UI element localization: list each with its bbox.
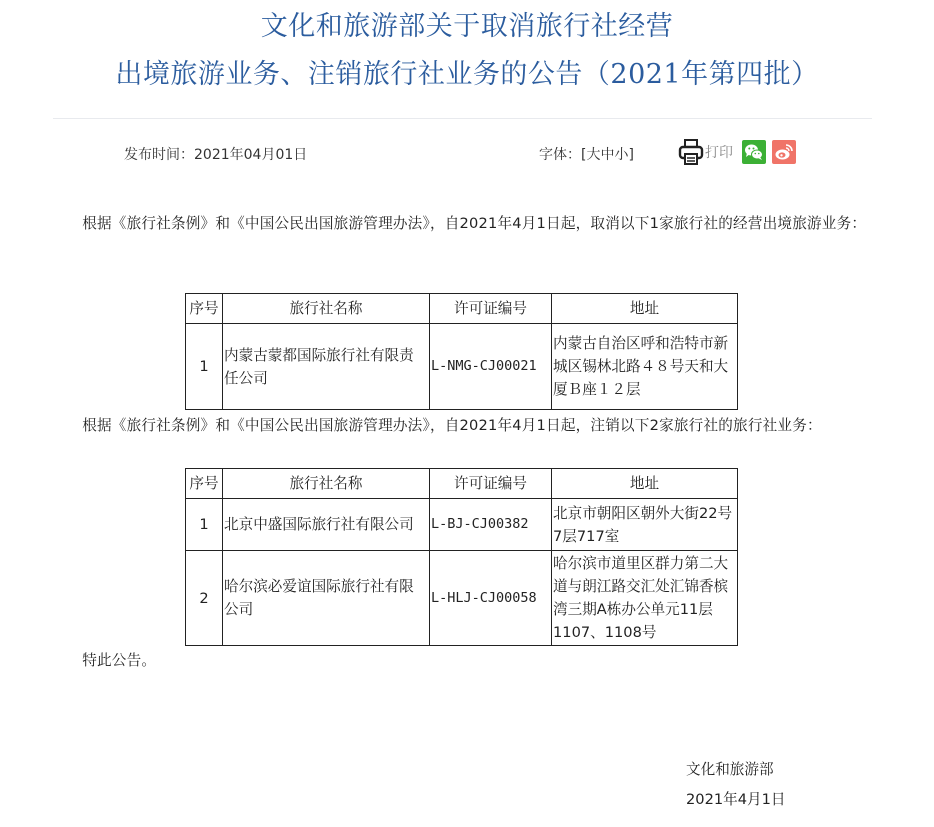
cell-no: 1 (186, 499, 223, 551)
share-weibo-button[interactable] (772, 140, 796, 164)
cell-address: 北京市朝阳区朝外大街22号7层717室 (552, 499, 738, 551)
column-header-license: 许可证编号 (430, 294, 552, 324)
wechat-icon (744, 143, 764, 161)
font-size-label: 字体： (539, 147, 581, 163)
page-title-line1: 文化和旅游部关于取消旅行社经营 (0, 9, 934, 45)
signature-organization: 文化和旅游部 (686, 760, 774, 780)
cell-agency-name: 内蒙古蒙都国际旅行社有限责任公司 (223, 324, 430, 410)
cell-agency-name: 哈尔滨必爱谊国际旅行社有限公司 (223, 551, 430, 646)
publish-date: 2021年04月01日 (194, 147, 307, 163)
table-row: 1 北京中盛国际旅行社有限公司 L-BJ-CJ00382 北京市朝阳区朝外大街2… (186, 499, 738, 551)
weibo-icon (774, 143, 794, 161)
paragraph-cancel-outbound: 根据《旅行社条例》和《中国公民出国旅游管理办法》，自2021年4月1日起，取消以… (53, 210, 873, 238)
table-row: 2 哈尔滨必爱谊国际旅行社有限公司 L-HLJ-CJ00058 哈尔滨市道里区群… (186, 551, 738, 646)
column-header-name: 旅行社名称 (223, 294, 430, 324)
table-row: 1 内蒙古蒙都国际旅行社有限责任公司 L-NMG-CJ00021 内蒙古自治区呼… (186, 324, 738, 410)
print-button[interactable]: 打印 (678, 137, 733, 167)
font-size-selector: 字体：[大中小] (539, 146, 634, 164)
font-bracket-close: ] (628, 147, 633, 163)
closing-statement: 特此公告。 (53, 647, 873, 675)
cell-no: 2 (186, 551, 223, 646)
cell-license-number: L-HLJ-CJ00058 (430, 551, 552, 646)
cell-agency-name: 北京中盛国际旅行社有限公司 (223, 499, 430, 551)
column-header-name: 旅行社名称 (223, 469, 430, 499)
table-header-row: 序号 旅行社名称 许可证编号 地址 (186, 469, 738, 499)
cell-address: 内蒙古自治区呼和浩特市新城区锡林北路４８号天和大厦Ｂ座１２层 (552, 324, 738, 410)
column-header-no: 序号 (186, 294, 223, 324)
cell-license-number: L-NMG-CJ00021 (430, 324, 552, 410)
printer-icon (678, 138, 704, 166)
column-header-address: 地址 (552, 469, 738, 499)
cell-address: 哈尔滨市道里区群力第二大道与朗江路交汇处汇锦香槟湾三期A栋办公单元11层1107… (552, 551, 738, 646)
print-label: 打印 (705, 142, 733, 162)
deregister-table: 序号 旅行社名称 许可证编号 地址 1 北京中盛国际旅行社有限公司 L-BJ-C… (185, 468, 738, 646)
table-header-row: 序号 旅行社名称 许可证编号 地址 (186, 294, 738, 324)
cell-license-number: L-BJ-CJ00382 (430, 499, 552, 551)
column-header-no: 序号 (186, 469, 223, 499)
page-title-line2: 出境旅游业务、注销旅行社业务的公告（2021年第四批） (0, 57, 934, 93)
share-wechat-button[interactable] (742, 140, 766, 164)
cancel-outbound-table: 序号 旅行社名称 许可证编号 地址 1 内蒙古蒙都国际旅行社有限责任公司 L-N… (185, 293, 738, 410)
font-size-large[interactable]: 大 (586, 147, 600, 163)
signature-date: 2021年4月1日 (686, 790, 786, 810)
title-divider (53, 118, 872, 119)
font-size-small[interactable]: 小 (614, 147, 628, 163)
font-size-medium[interactable]: 中 (600, 147, 614, 163)
publish-info: 发布时间：2021年04月01日 (124, 146, 307, 164)
cell-no: 1 (186, 324, 223, 410)
paragraph-deregister: 根据《旅行社条例》和《中国公民出国旅游管理办法》，自2021年4月1日起，注销以… (53, 412, 873, 440)
publish-label: 发布时间： (124, 147, 194, 163)
column-header-address: 地址 (552, 294, 738, 324)
column-header-license: 许可证编号 (430, 469, 552, 499)
